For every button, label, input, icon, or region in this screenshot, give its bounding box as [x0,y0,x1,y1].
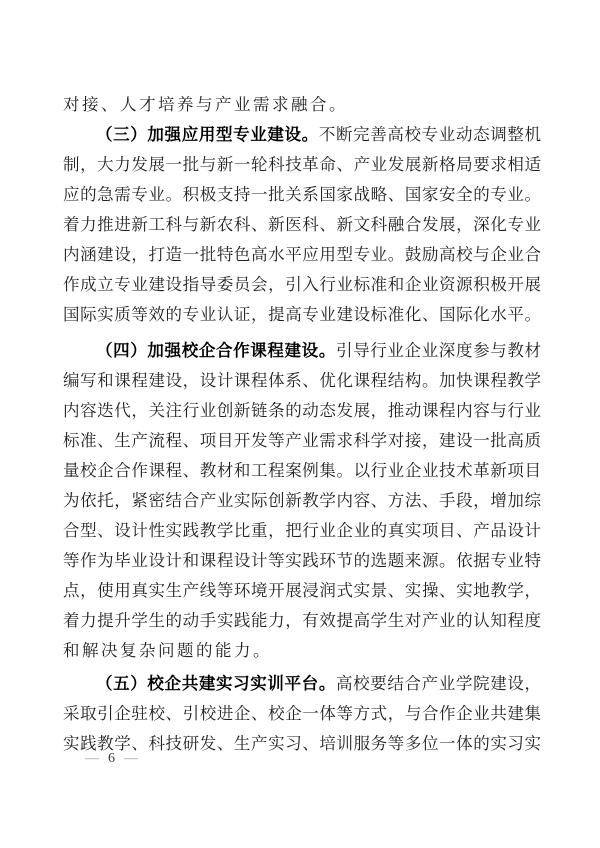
section-5-start-line: （五）校企共建实习实训平台。高校要结合产业学院建设， [63,669,541,699]
line-text: 等作为毕业设计和课程设计等实践环节的选题来源。依据专业特 [63,551,541,570]
line-text: 作成立专业建设指导委员会，引入行业标准和企业资源积极开展 [63,275,541,294]
line-text: 内容迭代，关注行业创新链条的动态发展，推动课程内容与行业 [63,401,541,420]
line-text: 高校要结合产业学院建设， [336,674,541,693]
body-line: 合型、设计性实践教学比重，把行业企业的真实项目、产品设计 [63,516,541,546]
document-body: 对接、人才培养与产业需求融合。 （三）加强应用型专业建设。不断完善高校专业动态调… [63,90,541,759]
body-line: 采取引企驻校、引校进企、校企一体等方式，与合作企业共建集 [63,699,541,729]
body-line: 等作为毕业设计和课程设计等实践环节的选题来源。依据专业特 [63,546,541,576]
body-line: 为依托，紧密结合产业实际创新教学内容、方法、手段，增加综 [63,486,541,516]
line-text: 采取引企驻校、引校进企、校企一体等方式，与合作企业共建集 [63,704,541,723]
body-line: 量校企合作课程、教材和工程案例集。以行业企业技术革新项目 [63,456,541,486]
line-text: 编写和课程建设，设计课程体系、优化课程结构。加快课程教学 [63,371,541,390]
line-text: 制，大力发展一批与新一轮科技革命、产业发展新格局要求相适 [63,155,541,174]
body-line: 点，使用真实生产线等环境开展浸润式实景、实操、实地教学， [63,576,541,606]
section-4-heading: （四）加强校企合作课程建设。 [96,341,336,360]
body-line: 制，大力发展一批与新一轮科技革命、产业发展新格局要求相适 [63,150,541,180]
body-line: 和解决复杂问题的能力。 [63,636,541,666]
body-line: 内容迭代，关注行业创新链条的动态发展，推动课程内容与行业 [63,396,541,426]
body-line: 对接、人才培养与产业需求融合。 [63,90,541,120]
line-text: 着力推进新工科与新农科、新医科、新文科融合发展，深化专业 [63,215,541,234]
page-number-dash-right: — [124,751,138,766]
line-text: 和解决复杂问题的能力。 [63,641,272,660]
body-line: 作成立专业建设指导委员会，引入行业标准和企业资源积极开展 [63,270,541,300]
body-line: 应的急需专业。积极支持一批关系国家战略、国家安全的专业。 [63,180,541,210]
body-line: 国际实质等效的专业认证，提高专业建设标准化、国际化水平。 [63,300,541,330]
line-text: 为依托，紧密结合产业实际创新教学内容、方法、手段，增加综 [63,491,541,510]
section-4-start-line: （四）加强校企合作课程建设。引导行业企业深度参与教材 [63,336,541,366]
line-text: 引导行业企业深度参与教材 [336,341,541,360]
body-line: 标准、生产流程、项目开发等产业需求科学对接，建设一批高质 [63,426,541,456]
line-text: 不断完善高校专业动态调整机 [319,125,541,144]
line-text: 国际实质等效的专业认证，提高专业建设标准化、国际化水平。 [63,305,541,324]
section-3-heading: （三）加强应用型专业建设。 [96,125,319,144]
body-line: 内涵建设，打造一批特色高水平应用型专业。鼓励高校与企业合 [63,240,541,270]
document-page: 对接、人才培养与产业需求融合。 （三）加强应用型专业建设。不断完善高校专业动态调… [0,0,600,848]
body-line: 编写和课程建设，设计课程体系、优化课程结构。加快课程教学 [63,366,541,396]
page-number-dash-left: — [85,751,99,766]
line-text: 对接、人才培养与产业需求融合。 [63,95,348,114]
line-text: 合型、设计性实践教学比重，把行业企业的真实项目、产品设计 [63,521,541,540]
line-text: 应的急需专业。积极支持一批关系国家战略、国家安全的专业。 [63,185,541,204]
line-text: 点，使用真实生产线等环境开展浸润式实景、实操、实地教学， [63,581,541,600]
page-number: —6— [85,751,138,767]
line-text: 着力提升学生的动手实践能力，有效提高学生对产业的认知程度 [63,611,541,630]
page-number-value: 6 [108,751,115,766]
section-3-start-line: （三）加强应用型专业建设。不断完善高校专业动态调整机 [63,120,541,150]
body-line: 着力提升学生的动手实践能力，有效提高学生对产业的认知程度 [63,606,541,636]
line-text: 标准、生产流程、项目开发等产业需求科学对接，建设一批高质 [63,431,541,450]
line-text: 内涵建设，打造一批特色高水平应用型专业。鼓励高校与企业合 [63,245,541,264]
body-line: 着力推进新工科与新农科、新医科、新文科融合发展，深化专业 [63,210,541,240]
section-5-heading: （五）校企共建实习实训平台。 [96,674,336,693]
line-text: 量校企合作课程、教材和工程案例集。以行业企业技术革新项目 [63,461,541,480]
